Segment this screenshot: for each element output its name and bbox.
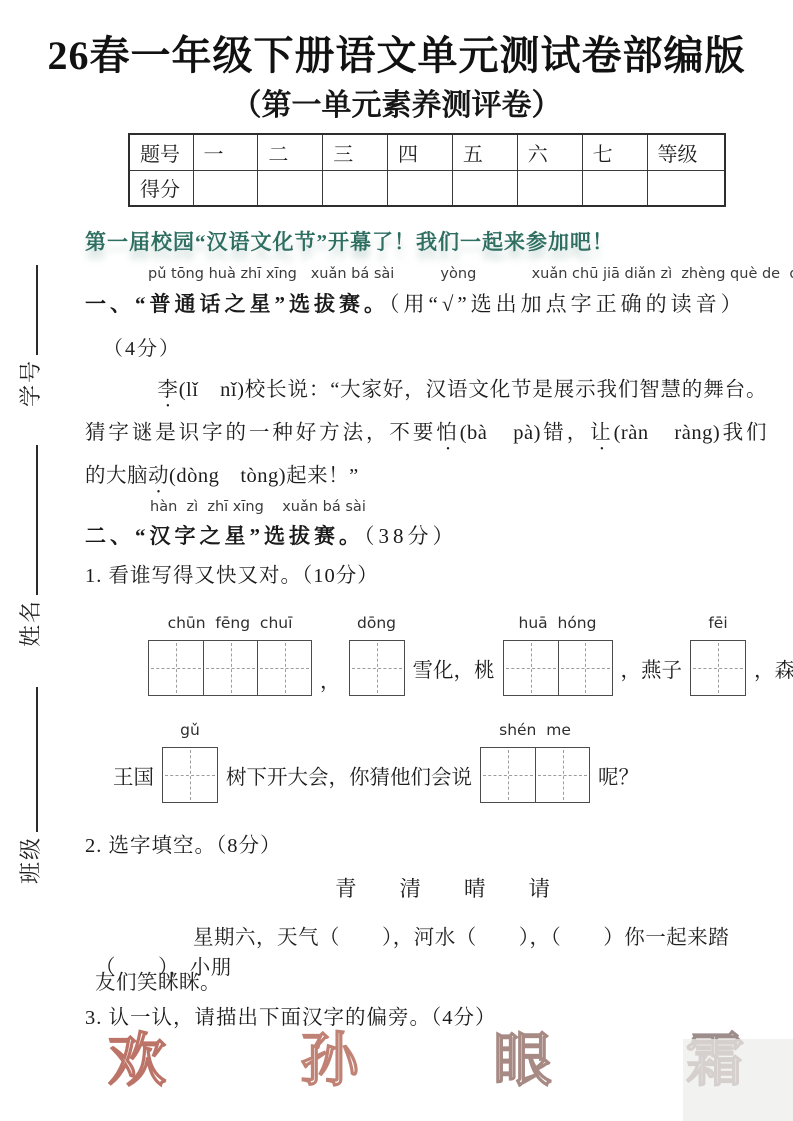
- tianzige-grid: [690, 640, 746, 696]
- row-text: 树下开大会，你猜他们会说: [226, 760, 472, 790]
- grid-unit-huahong: huā hóng: [503, 640, 613, 696]
- row-text: 雪化，桃: [413, 653, 495, 683]
- grid-pinyin: chūn fēng chuī: [148, 614, 312, 632]
- question2-line2: 友们笑眯眯。: [95, 965, 221, 995]
- question2-label: 2. 选字填空。（8分）: [85, 828, 282, 858]
- score-table-header-cell: 五: [452, 134, 517, 170]
- grid-unit-gu: gǔ: [162, 747, 218, 803]
- grid-pinyin: fēi: [690, 614, 746, 632]
- score-cell-empty: [193, 170, 258, 206]
- tianzige-cell: [504, 641, 558, 695]
- grid-unit-fei: fēi: [690, 640, 746, 696]
- tianzige-cell: [535, 748, 589, 802]
- row-text: ，燕子: [621, 653, 683, 683]
- tianzige-cell: [691, 641, 745, 695]
- tianzige-cell: [481, 748, 535, 802]
- tianzige-grid: [480, 747, 590, 803]
- question2-options: 青 清 晴 请: [335, 872, 550, 903]
- paper-title: 26春一年级下册语文单元测试卷部编版: [0, 24, 793, 81]
- trace-characters-row: 欢 孙 眼 霜: [108, 1030, 744, 1092]
- paragraph-line-3: 的大脑动(dòng tòng)起来！”: [85, 455, 767, 498]
- grid-unit-chunfengchui: chūn fēng chuī: [148, 640, 312, 696]
- trace-char-yan: 眼: [493, 1030, 551, 1092]
- tianzige-grid: [349, 640, 405, 696]
- grid-unit-dong: dōng: [349, 640, 405, 696]
- score-cell-empty: [388, 170, 453, 206]
- section1-pinyin: pǔ tōng huà zhī xīng xuǎn bá sài yòng xu…: [148, 266, 793, 282]
- score-table-header-cell: 七: [582, 134, 647, 170]
- dotted-char: 让: [590, 422, 613, 444]
- writing-grid-row-2: 王国 gǔ 树下开大会，你猜他们会说 shén me 呢？: [105, 747, 647, 803]
- tianzige-cell: [163, 748, 217, 802]
- tianzige-cell: [149, 641, 203, 695]
- score-cell-empty: [647, 170, 725, 206]
- tianzige-cell: [257, 641, 311, 695]
- row-text: 王国: [113, 760, 154, 790]
- section2-pinyin: hàn zì zhī xīng xuǎn bá sài: [150, 499, 366, 515]
- question3-label: 3. 认一认，请描出下面汉字的偏旁。（4分）: [85, 1000, 497, 1030]
- trace-char-huan: 欢: [108, 1030, 166, 1092]
- tianzige-grid: [162, 747, 218, 803]
- score-cell-empty: [258, 170, 323, 206]
- dotted-char: 李: [157, 379, 179, 401]
- tianzige-grid: [148, 640, 312, 696]
- name-blank-line: [18, 445, 38, 595]
- tianzige-cell: [558, 641, 612, 695]
- grid-pinyin: shén me: [480, 721, 590, 739]
- section1-heading-bold: 一、“普通话之星”选拔赛。: [85, 292, 389, 316]
- score-cell-empty: [582, 170, 647, 206]
- section2-heading-bold: 二、“汉字之星”选拔赛。: [85, 524, 364, 548]
- tianzige-grid: [503, 640, 613, 696]
- dotted-char: 动: [148, 465, 169, 487]
- paragraph-line-1: 李(lǐ nǐ)校长说：“大家好，汉语文化节是展示我们智慧的舞台。: [85, 369, 767, 412]
- class-label: 班级: [14, 836, 45, 884]
- grid-pinyin: dōng: [349, 614, 405, 632]
- class-blank-line: [18, 687, 38, 832]
- score-table: 题号 一 二 三 四 五 六 七 等级 得分: [128, 133, 726, 207]
- student-id-blank-line: [18, 265, 38, 355]
- score-table-header-cell: 等级: [647, 134, 725, 170]
- paper-subtitle: （第一单元素养测评卷）: [0, 80, 793, 124]
- writing-grid-row-1: chūn fēng chuī ， dōng 雪化，桃 huā hóng ，燕子 …: [148, 640, 793, 696]
- test-paper-page: 26春一年级下册语文单元测试卷部编版 （第一单元素养测评卷） 题号 一 二 三 …: [0, 0, 793, 1121]
- score-cell-empty: [517, 170, 582, 206]
- paragraph-text: (lǐ nǐ)校长说：“大家好，汉语文化节是展示我们智慧的舞台。: [179, 379, 767, 401]
- section1-paragraph: 李(lǐ nǐ)校长说：“大家好，汉语文化节是展示我们智慧的舞台。 猜字谜是识字…: [85, 369, 767, 498]
- section2-heading: 二、“汉字之星”选拔赛。（38分）: [85, 520, 458, 550]
- score-table-header-cell: 二: [258, 134, 323, 170]
- scan-artifact: [683, 1039, 793, 1121]
- student-info-rail: 班级 姓名 学号: [14, 228, 56, 884]
- row-text: ，: [320, 664, 341, 694]
- grid-pinyin: gǔ: [162, 721, 218, 739]
- paragraph-text: (dòng tòng)起来！”: [169, 465, 359, 487]
- score-table-header-cell: 四: [388, 134, 453, 170]
- paragraph-text: (bà pà)错，: [460, 422, 590, 444]
- grid-pinyin: huā hóng: [503, 614, 613, 632]
- score-table-header-cell: 六: [517, 134, 582, 170]
- row-text: ，森林: [754, 653, 793, 683]
- trace-char-sun: 孙: [301, 1030, 359, 1092]
- section1-score-note: （4分）: [103, 332, 181, 361]
- score-table-header-cell: 题号: [129, 134, 193, 170]
- row-text: 呢？: [598, 760, 639, 790]
- section1-heading-note: （用“√”选出加点字正确的读音）: [389, 292, 746, 316]
- question1-label: 1. 看谁写得又快又对。（10分）: [85, 558, 379, 588]
- tianzige-cell: [203, 641, 257, 695]
- grid-unit-shenme: shén me: [480, 747, 590, 803]
- score-table-header-cell: 三: [323, 134, 388, 170]
- section2-heading-score: （38分）: [364, 524, 458, 548]
- section1-heading: 一、“普通话之星”选拔赛。（用“√”选出加点字正确的读音）: [85, 288, 746, 318]
- paragraph-line-2: 猜字谜是识字的一种好方法，不要怕(bà pà)错，让(ràn ràng)我们: [85, 412, 767, 455]
- tianzige-cell: [350, 641, 404, 695]
- score-cell-empty: [323, 170, 388, 206]
- paragraph-text: 的大脑: [85, 465, 148, 487]
- score-table-score-row: 得分: [129, 170, 725, 206]
- paragraph-text: (ràn ràng)我们: [614, 422, 767, 444]
- score-table-header-cell: 一: [193, 134, 258, 170]
- paragraph-text: 猜字谜是识字的一种好方法，不要: [85, 422, 436, 444]
- dotted-char: 怕: [436, 422, 459, 444]
- student-id-label: 学号: [14, 359, 45, 407]
- name-label: 姓名: [14, 599, 45, 647]
- score-row-label: 得分: [129, 170, 193, 206]
- intro-banner: 第一届校园“汉语文化节”开幕了！我们一起来参加吧！: [85, 226, 614, 256]
- score-cell-empty: [452, 170, 517, 206]
- score-table-header-row: 题号 一 二 三 四 五 六 七 等级: [129, 134, 725, 170]
